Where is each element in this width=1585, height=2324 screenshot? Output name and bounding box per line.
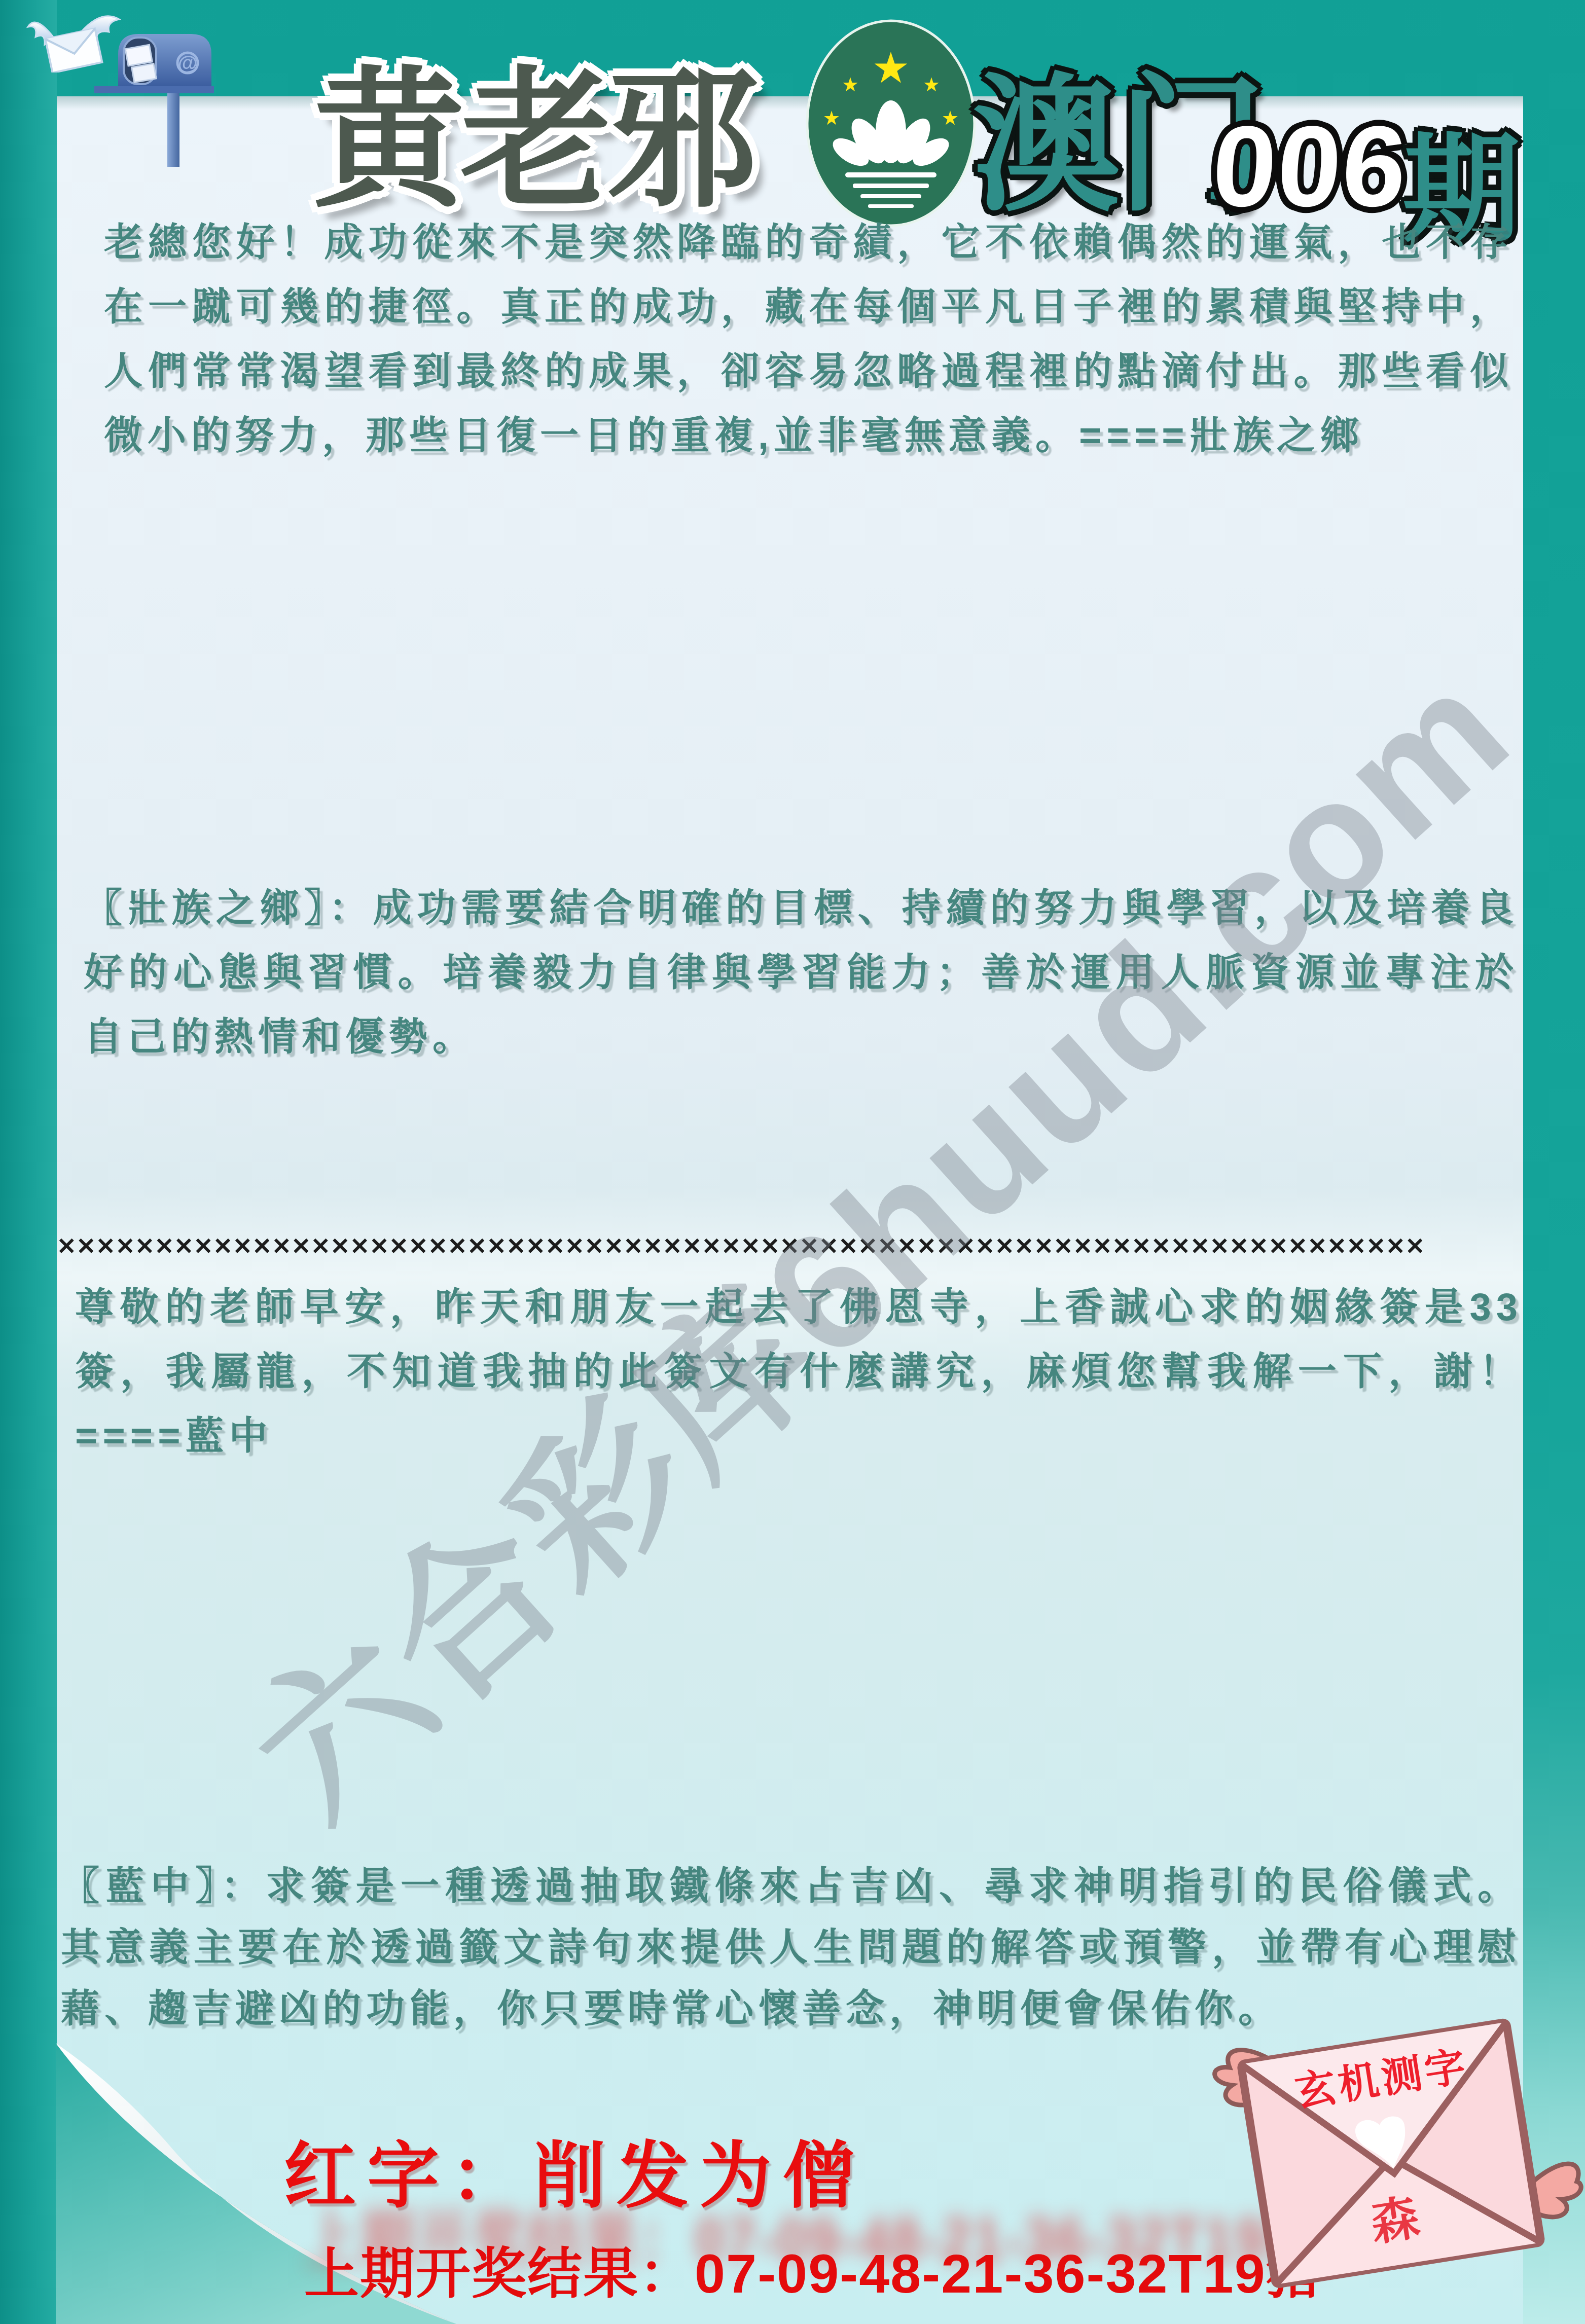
mailbox-icon: @ [91, 26, 218, 173]
red-word-hint: 红字：削发为僧 [284, 2118, 866, 2222]
poster-page: @ 黄老邪 ★ ★ ★ ★ ★ 澳门 006 期 老總您好！成功從來不是突然降臨… [0, 0, 1585, 2324]
mystery-envelope: 玄机测字 森 [1181, 2007, 1585, 2323]
page-title: 黄老邪 [313, 19, 754, 236]
greeting-paragraph: 老總您好！成功從來不是突然降臨的奇績，它不依賴偶然的運氣，也不存在一蹴可幾的捷徑… [104, 210, 1514, 468]
at-icon: @ [177, 52, 197, 75]
left-border [0, 0, 57, 2324]
macau-lotus-logo: ★ ★ ★ ★ ★ [802, 14, 980, 232]
last-draw-result: 上期开奖结果：07-09-48-21-36-32T19猪 [304, 2230, 1322, 2308]
chain-divider: ✕✕✕✕✕✕✕✕✕✕✕✕✕✕✕✕✕✕✕✕✕✕✕✕✕✕✕✕✕✕✕✕✕✕✕✕✕✕✕✕… [57, 1230, 1523, 1262]
star-icon: ★ [823, 108, 840, 129]
last-draw-label: 上期开奖结果： [304, 2243, 695, 2304]
star-icon: ★ [872, 44, 910, 92]
zhuangzu-section: 〖壯族之鄉〗：成功需要結合明確的目標、持續的努力與學習，以及培養良好的心態與習慣… [84, 876, 1519, 1069]
star-icon: ★ [923, 75, 940, 96]
star-icon: ★ [842, 75, 859, 96]
star-icon: ★ [942, 108, 959, 129]
envelope-seal-text: 森 [1367, 2191, 1423, 2252]
question-paragraph: 尊敬的老師早安，昨天和朋友一起去了佛恩寺，上香誠心求的姻緣簽是33簽，我屬龍，不… [75, 1275, 1523, 1468]
